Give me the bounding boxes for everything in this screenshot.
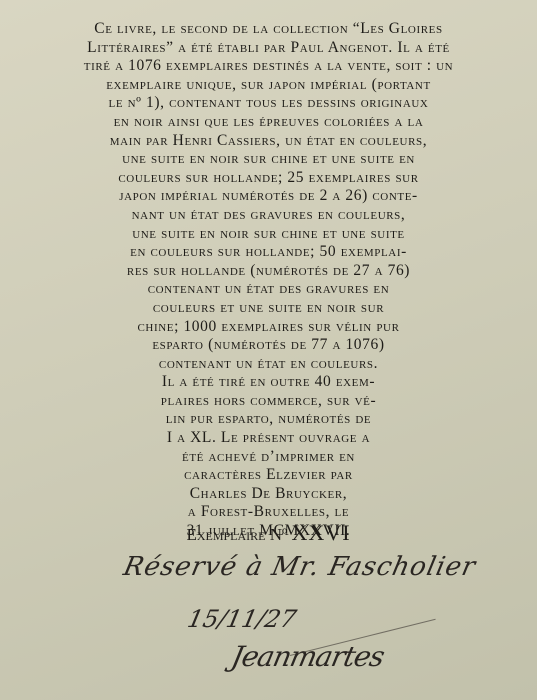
colophon-text: Ce livre, le second de la collection “Le… <box>0 20 537 541</box>
colophon-line: caractères Elzevier par <box>0 466 537 485</box>
colophon-line: nant un état des gravures en couleurs, <box>0 206 537 225</box>
colophon-line: couleurs sur hollande; 25 exemplaires su… <box>0 169 537 188</box>
colophon-line: en noir ainsi que les épreuves coloriées… <box>0 113 537 132</box>
colophon-line: res sur hollande (numérotés de 27 a 76) <box>0 262 537 281</box>
handwritten-signature: Jeanmartes <box>228 640 386 673</box>
colophon-line: Ce livre, le second de la collection “Le… <box>0 20 537 39</box>
colophon-line: Charles De Bruycker, <box>0 485 537 504</box>
colophon-line: main par Henri Cassiers, un état en coul… <box>0 132 537 151</box>
colophon-line: couleurs et une suite en noir sur <box>0 299 537 318</box>
colophon-line: chine; 1000 exemplaires sur vélin pur <box>0 318 537 337</box>
colophon-line: en couleurs sur hollande; 50 exemplai- <box>0 243 537 262</box>
handwritten-dedication: Réservé à Mr. Fascholier <box>121 552 479 582</box>
copy-number-label: Exemplaire Nº <box>186 525 287 544</box>
colophon-line: plaires hors commerce, sur vé- <box>0 392 537 411</box>
colophon-line: contenant un état en couleurs. <box>0 355 537 374</box>
colophon-line: le nº 1), contenant tous les dessins ori… <box>0 94 537 113</box>
colophon-line: exemplaire unique, sur japon impérial (p… <box>0 76 537 95</box>
copy-number: Exemplaire Nº XXVI <box>0 520 537 546</box>
colophon-line: une suite en noir sur chine et une suite… <box>0 150 537 169</box>
colophon-line: contenant un état des gravures en <box>0 280 537 299</box>
colophon-line: Il a été tiré en outre 40 exem- <box>0 373 537 392</box>
colophon-line: été achevé d’imprimer en <box>0 448 537 467</box>
colophon-line: Littéraires” a été établi par Paul Angen… <box>0 39 537 58</box>
colophon-line: I a XL. Le présent ouvrage a <box>0 429 537 448</box>
colophon-line: japon impérial numérotés de 2 a 26) cont… <box>0 187 537 206</box>
colophon-line: une suite en noir sur chine et une suite <box>0 225 537 244</box>
colophon-line: esparto (numérotés de 77 a 1076) <box>0 336 537 355</box>
colophon-line: tiré a 1076 exemplaires destinés a la ve… <box>0 57 537 76</box>
copy-number-value: XXVI <box>292 520 351 545</box>
colophon-line: lin pur esparto, numérotés de <box>0 410 537 429</box>
handwritten-date: 15/11/27 <box>185 605 299 633</box>
